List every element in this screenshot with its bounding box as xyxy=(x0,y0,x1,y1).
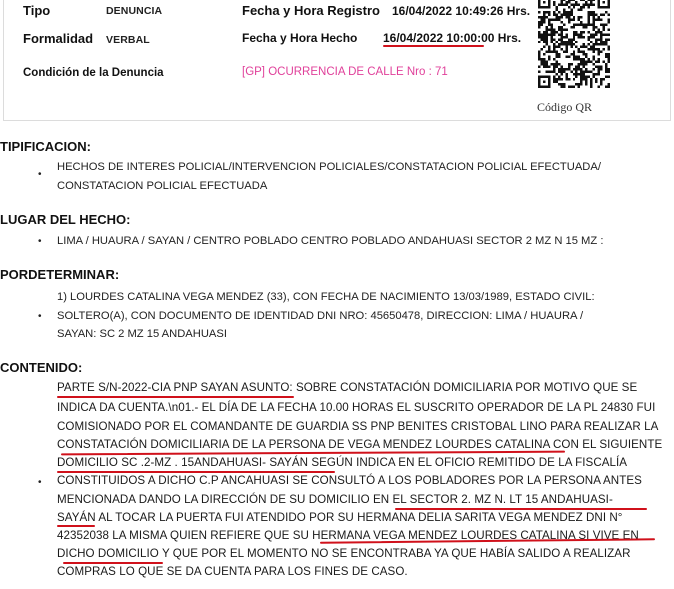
tipificacion-line: CONSTATACION POLICIAL EFECTUADA xyxy=(57,180,267,192)
contenido-line: CONSTATACIÓN DOMICILIARIA DE LA PERSONA … xyxy=(57,438,662,451)
fecha-hecho-label: Fecha y Hora Hecho xyxy=(242,31,357,45)
formalidad-value: VERBAL xyxy=(106,34,150,46)
tipo-label: Tipo xyxy=(23,3,50,18)
condicion-label: Condición de la Denuncia xyxy=(23,67,164,79)
pordeterminar-line: 1) LOURDES CATALINA VEGA MENDEZ (33), CO… xyxy=(57,291,595,303)
tipo-value: DENUNCIA xyxy=(106,5,162,17)
annotation-underline xyxy=(57,525,95,527)
contenido-line: SAYÁN AL TOCAR LA PUERTA FUI ATENDIDO PO… xyxy=(57,511,622,524)
pordeterminar-title: PORDETERMINAR: xyxy=(0,267,119,282)
pordeterminar-line: SAYAN: SC 2 MZ 15 ANDAHUASI xyxy=(57,328,227,340)
lugar-line: LIMA / HUAURA / SAYAN / CENTRO POBLADO C… xyxy=(57,235,603,247)
contenido-line: PARTE S/N-2022-CIA PNP SAYAN ASUNTO: SOB… xyxy=(57,381,637,394)
lugar-title: LUGAR DEL HECHO: xyxy=(0,212,130,227)
annotation-underline xyxy=(63,562,163,564)
annotation-underline xyxy=(395,508,647,510)
fecha-registro-value: 16/04/2022 10:49:26 Hrs. xyxy=(392,4,530,18)
contenido-line: COMPRAS LO QUE SE DA CUENTA PARA LOS FIN… xyxy=(57,565,408,578)
bullet-icon: • xyxy=(38,311,42,322)
annotation-underline xyxy=(61,451,565,456)
contenido-line: DOMICILIO SC .2-MZ . 15ANDAHUASI- SAYÁN … xyxy=(57,456,627,469)
contenido-line: CONSTITUIDOS A DICHO C.P ANCAHUASI SE CO… xyxy=(57,474,642,487)
annotation-underline xyxy=(383,45,484,47)
bullet-icon: • xyxy=(38,477,42,488)
contenido-line: DICHO DOMICILIO Y QUE POR EL MOMENTO NO … xyxy=(57,547,631,560)
qr-code-icon xyxy=(538,0,610,88)
tipificacion-title: TIPIFICACION: xyxy=(0,139,91,154)
annotation-underline xyxy=(57,471,335,473)
fecha-registro-label: Fecha y Hora Registro xyxy=(242,3,380,18)
formalidad-label: Formalidad xyxy=(23,31,93,46)
contenido-line: COMISIONADO POR EL COMANDANTE DE GUARDIA… xyxy=(57,420,658,433)
condicion-value: [GP] OCURRENCIA DE CALLE Nro : 71 xyxy=(242,66,448,78)
contenido-title: CONTENIDO: xyxy=(0,360,82,375)
annotation-underline xyxy=(57,396,294,398)
contenido-line: MENCIONADA DANDO LA DIRECCIÓN DE SU DOMI… xyxy=(57,493,613,506)
fecha-hecho-value: 16/04/2022 10:00:00 Hrs. xyxy=(383,31,521,45)
pordeterminar-line: SOLTERO(A), CON DOCUMENTO DE IDENTIDAD D… xyxy=(57,310,583,322)
qr-caption: Código QR xyxy=(537,100,592,115)
bullet-icon: • xyxy=(38,236,42,247)
contenido-line: INDICA DA CUENTA.\n01.- EL DÍA DE LA FEC… xyxy=(57,401,655,414)
tipificacion-line: HECHOS DE INTERES POLICIAL/INTERVENCION … xyxy=(57,161,601,173)
bullet-icon: • xyxy=(38,169,42,180)
